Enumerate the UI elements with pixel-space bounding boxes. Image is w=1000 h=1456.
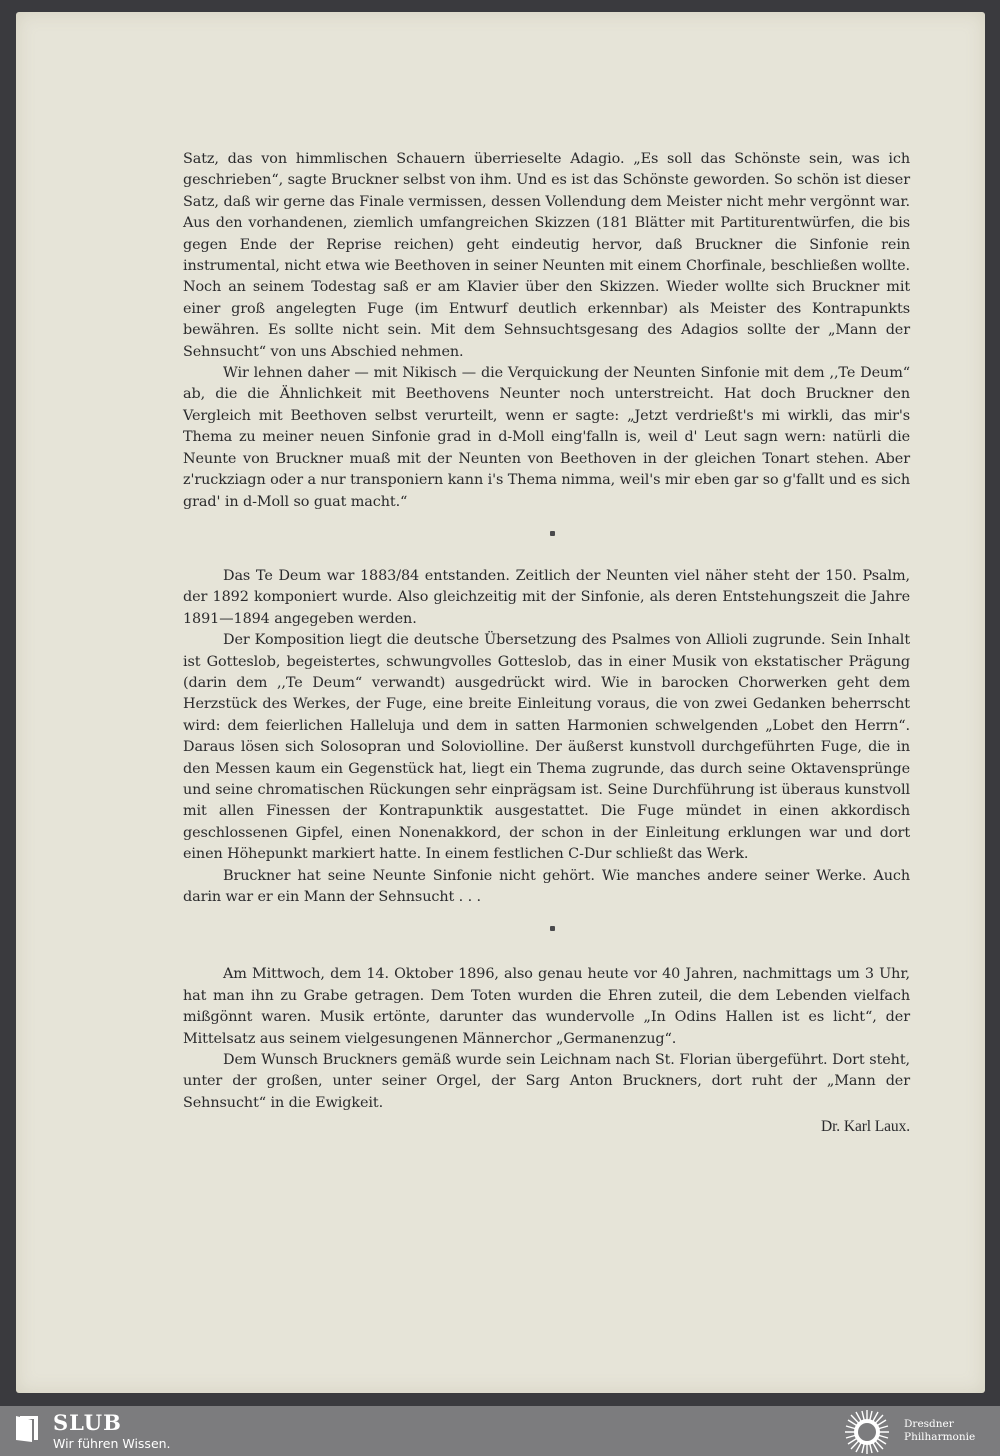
paragraph-st-florian: Dem Wunsch Bruckners gemäß wurde sein Le…: [183, 1050, 910, 1114]
paragraph-te-deum-rejection: Wir lehnen daher — mit Nikisch — die Ver…: [183, 363, 910, 513]
dresdner-philharmonie-sunburst-icon: [842, 1408, 892, 1456]
section-separator: [183, 908, 910, 964]
paragraph-composition: Der Komposition liegt die deutsche Übers…: [183, 630, 910, 865]
slub-tagline: Wir führen Wissen.: [53, 1436, 171, 1451]
paragraph-adagio: Satz, das von himmlischen Schauern überr…: [183, 149, 910, 363]
dp-name-line1: Dresdner: [904, 1418, 954, 1430]
scanned-page: Satz, das von himmlischen Schauern überr…: [16, 12, 985, 1393]
article-body: Satz, das von himmlischen Schauern überr…: [183, 149, 910, 1138]
paragraph-not-heard: Bruckner hat seine Neunte Sinfonie nicht…: [183, 866, 910, 909]
footer-bar: SLUB Wir führen Wissen.: [0, 1406, 1000, 1456]
slub-logo-title[interactable]: SLUB: [53, 1410, 122, 1435]
dp-name-line2: Philharmonie: [904, 1431, 975, 1443]
slub-book-icon: [14, 1414, 40, 1444]
separator-dot: [550, 531, 555, 536]
author-signature: Dr. Karl Laux.: [183, 1116, 910, 1137]
dresdner-philharmonie-name[interactable]: Dresdner Philharmonie: [904, 1418, 975, 1444]
separator-dot: [550, 926, 555, 931]
paragraph-funeral: Am Mittwoch, dem 14. Oktober 1896, also …: [183, 964, 910, 1050]
paragraph-psalm-150: Das Te Deum war 1883/84 entstanden. Zeit…: [183, 566, 910, 630]
section-separator: [183, 513, 910, 566]
